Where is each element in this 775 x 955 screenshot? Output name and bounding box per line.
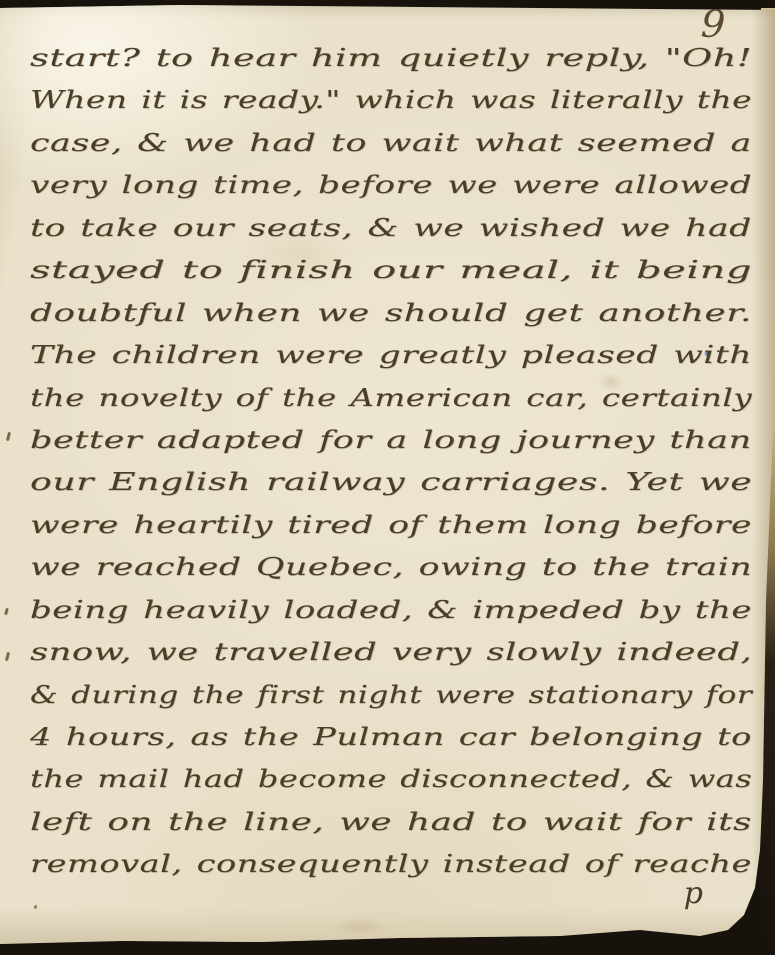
manuscript-line: being heavily loaded, & impeded by the (30, 596, 756, 638)
manuscript-line: left on the line, we had to wait for its (30, 808, 756, 850)
manuscript-line: 4 hours, as the Pulman car belonging to (30, 723, 756, 765)
manuscript-line: case, & we had to wait what seemed a (30, 129, 756, 171)
line-text: removal, consequently instead of reache (30, 850, 752, 878)
manuscript-line: we reached Quebec, owing to the train (30, 553, 756, 595)
manuscript-line: removal, consequently instead of reache (30, 850, 756, 892)
line-text: case, & we had to wait what seemed a (30, 129, 752, 157)
line-text: very long time, before we were allowed (30, 171, 752, 199)
line-text: being heavily loaded, & impeded by the (30, 596, 752, 624)
manuscript-line: snow, we travelled very slowly indeed, (30, 638, 756, 680)
line-text: & during the first night were stationary… (30, 681, 752, 709)
line-text: the novelty of the American car, certain… (30, 384, 752, 412)
manuscript-line: to take our seats, & we wished we had (30, 214, 756, 256)
catchword-mark: p (684, 876, 703, 911)
line-text: our English railway carriages. Yet we (30, 468, 752, 496)
line-text: the mail had become disconnected, & was (30, 765, 752, 793)
line-text: we reached Quebec, owing to the train (30, 553, 752, 581)
manuscript-line: start? to hear him quietly reply, "Oh! (30, 44, 756, 86)
handwritten-text-block: start? to hear him quietly reply, "Oh! W… (30, 44, 756, 893)
line-text: 4 hours, as the Pulman car belonging to (30, 723, 752, 751)
line-text: start? to hear him quietly reply, "Oh! (30, 44, 752, 72)
line-text: left on the line, we had to wait for its (30, 808, 752, 836)
line-text: stayed to finish our meal, it being (30, 256, 752, 284)
manuscript-line: better adapted for a long journey than (30, 426, 756, 468)
manuscript-line: our English railway carriages. Yet we (30, 468, 756, 510)
manuscript-line: very long time, before we were allowed (30, 171, 756, 213)
line-text: snow, we travelled very slowly indeed, (30, 638, 752, 666)
line-text: When it is ready." which was literally t… (30, 86, 752, 114)
line-text: better adapted for a long journey than (30, 426, 752, 454)
page-number: 9 (700, 1, 726, 46)
manuscript-line: doubtful when we should get another. (30, 299, 756, 341)
manuscript-line: stayed to finish our meal, it being (30, 256, 756, 298)
line-text: to take our seats, & we wished we had (30, 214, 752, 242)
manuscript-line: When it is ready." which was literally t… (30, 86, 756, 128)
manuscript-line: were heartily tired of them long before (30, 511, 756, 553)
manuscript-line: & during the first night were stationary… (30, 681, 756, 723)
paper-stain (330, 918, 390, 936)
manuscript-line: The children were greatly pleased with (30, 341, 756, 383)
manuscript-line: the novelty of the American car, certain… (30, 384, 756, 426)
line-text: doubtful when we should get another. (30, 299, 752, 327)
line-text: The children were greatly pleased with (30, 341, 752, 369)
line-text: were heartily tired of them long before (30, 511, 752, 539)
manuscript-line: the mail had become disconnected, & was (30, 765, 756, 807)
